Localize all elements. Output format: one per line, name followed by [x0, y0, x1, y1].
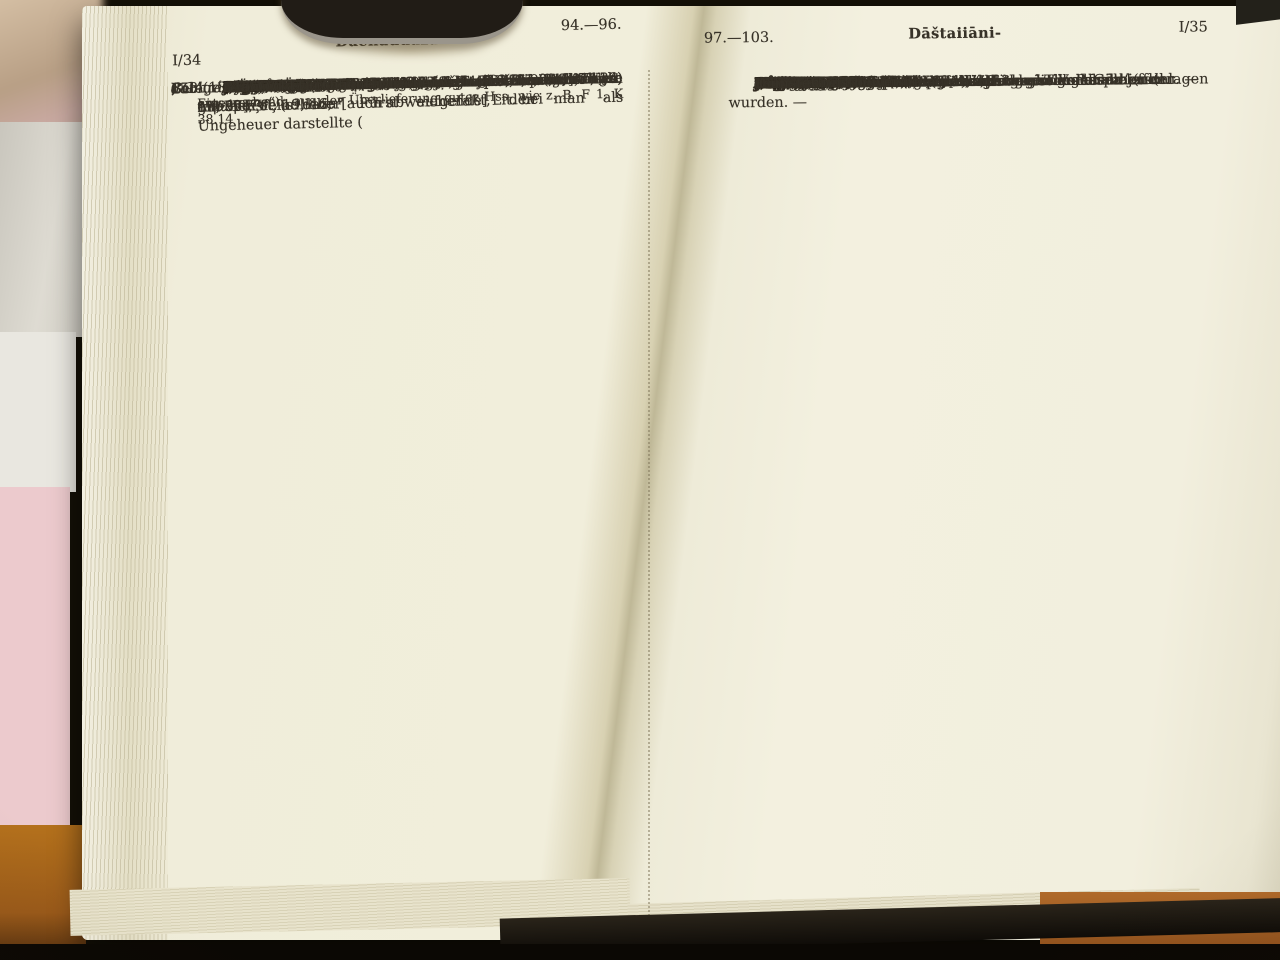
right-page: 97.—103. Dāštaiiāni- I/35 97. j. Daŋ́hu.…: [702, 17, 1209, 75]
pink-paper: [0, 487, 70, 832]
desk-shadow-bottom: [0, 944, 1280, 960]
text-segment: a. a. O. 111f.).: [197, 77, 325, 99]
page-edge-stack: [82, 6, 168, 940]
right-page-headword: Dāštaiiāni-: [702, 22, 1208, 44]
binding-stitching: [648, 70, 650, 920]
gray-paper: [0, 122, 82, 337]
right-page-running-head: 97.—103. Dāštaiiāni- I/35: [702, 17, 1208, 72]
dark-object: [281, 0, 523, 44]
white-paper: [0, 332, 76, 492]
right-page-number: I/35: [1179, 19, 1208, 35]
left-entry-range: 94.—96.: [561, 17, 622, 34]
text-segment: ‚Gunst, Gunstbeweis‘, ap.: [728, 73, 940, 94]
text-segment: ).: [171, 80, 182, 99]
photo-scene: I/34 Daēnāuuāzah- 94.—96. Belege; nicht …: [0, 0, 1280, 960]
open-book: [82, 6, 1280, 940]
left-page-number: I/34: [172, 53, 201, 70]
